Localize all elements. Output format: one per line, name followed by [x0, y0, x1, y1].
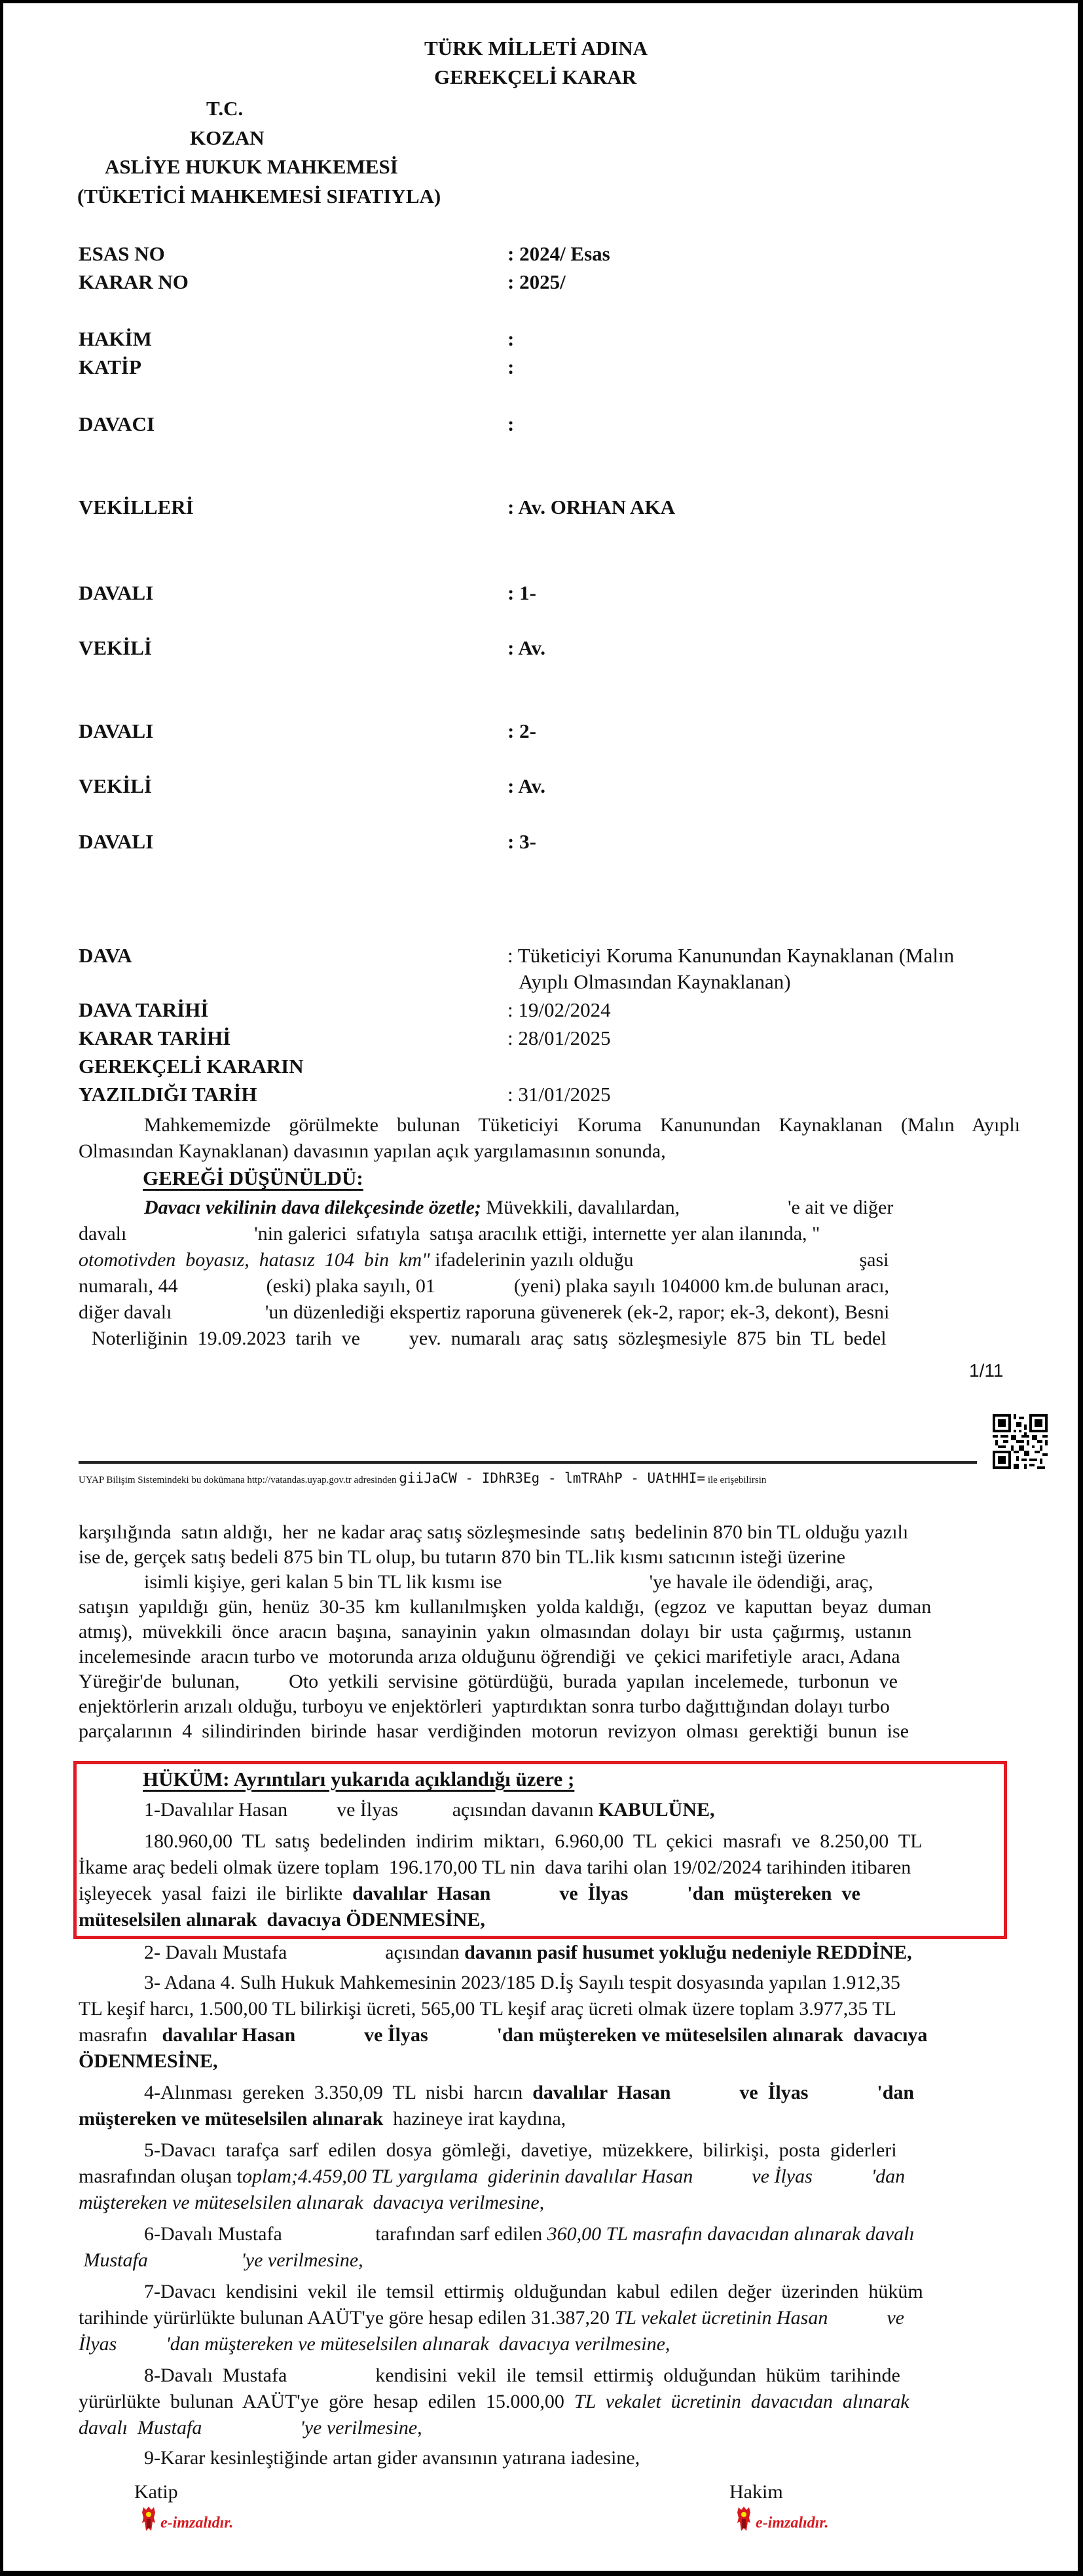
body-p1-line3-rest: ifadelerinin yazılı olduğu şasi	[430, 1249, 889, 1271]
ad-quote: otomotivden boyasız, hatasız 104 bin km"	[79, 1249, 430, 1271]
summary-lead: Davacı vekilinin dava dilekçesinde özetl…	[144, 1197, 481, 1218]
davali-1-value: : 1-	[507, 581, 536, 605]
esas-no-value: : 2024/ Esas	[507, 242, 610, 266]
katip-label: KATİP	[79, 355, 141, 379]
hukum-item-8-italic: TL vekalet ücretinin davacıdan alınarak	[574, 2391, 909, 2412]
body-p1-line1-rest: Müvekkili, davalılardan, 'e ait ve diğer	[481, 1197, 893, 1218]
hukum-item-7-italic: TL vekalet ücretinin Hasan ve	[615, 2307, 904, 2329]
dava-tarihi-value: : 19/02/2024	[507, 998, 611, 1022]
hukum-item-1-line4-text: işleyecek yasal faizi ile birlikte	[79, 1883, 352, 1904]
hukum-item-7-text: tarihinde yürürlükte bulunan AAÜT'ye gör…	[79, 2307, 615, 2329]
esas-no-label: ESAS NO	[79, 242, 165, 266]
vekili-2-label: VEKİLİ	[79, 774, 152, 798]
katip-signature-label: Katip	[134, 2481, 178, 2503]
dava-label: DAVA	[79, 944, 132, 968]
hukum-heading: HÜKÜM: Ayrıntıları yukarıda açıklandığı …	[143, 1768, 574, 1791]
body-p2-line: parçalarının 4 silindirinden birinde has…	[79, 1720, 1020, 1747]
hukum-item-5-line2-text: masrafından oluşan t	[79, 2166, 242, 2187]
hakim-signature-label: Hakim	[729, 2481, 783, 2503]
hukum-item-7-line3: İlyas 'dan müştereken ve müteselsilen al…	[79, 2333, 1020, 2359]
vekili-1-value: : Av.	[507, 636, 545, 660]
court-capacity: (TÜKETİCİ MAHKEMESİ SIFATIYLA)	[77, 185, 441, 208]
body-p1-line6: Noterliğinin 19.09.2023 tarih ve yev. nu…	[92, 1328, 1033, 1354]
geregi-dusunuldu-heading: GEREĞİ DÜŞÜNÜLDÜ:	[143, 1167, 363, 1190]
hukum-item-8-line1: 8-Davalı Mustafa kendisini vekil ile tem…	[79, 2365, 1020, 2391]
hukum-item-5-line2-italic: oplam;4.459,00 TL yargılama giderinin da…	[242, 2166, 905, 2187]
karar-no-value: : 2025/	[507, 270, 566, 294]
davali-2-label: DAVALI	[79, 719, 153, 743]
body-p1-line4: numaralı, 44 (eski) plaka sayılı, 01 (ye…	[79, 1275, 1020, 1301]
body-p1-line3: otomotivden boyasız, hatasız 104 bin km"…	[79, 1249, 1020, 1275]
hukum-item-4-defendants: davalılar Hasan ve İlyas 'dan	[532, 2082, 914, 2103]
body-p2-line: enjektörlerin arızalı olduğu, turboyu ve…	[79, 1696, 1020, 1722]
footer-suffix: ile erişebilirsin	[708, 1475, 767, 1485]
hukum-item-4-line2-text: hazineye irat kaydına,	[383, 2108, 566, 2130]
davali-1-label: DAVALI	[79, 581, 153, 605]
body-p2-line: incelemesinde aracın turbo ve motorunda …	[79, 1646, 1020, 1672]
hukum-item-6-line2: Mustafa 'ye verilmesine,	[79, 2249, 1020, 2276]
hukum-item-1-line5: müteselsilen alınarak davacıya ÖDENMESİN…	[79, 1909, 1020, 1935]
davali-3-label: DAVALI	[79, 830, 153, 854]
intro-line2: Olmasından Kaynaklanan) davasının yapıla…	[79, 1140, 1020, 1167]
hukum-item-3-line1: 3- Adana 4. Sulh Hukuk Mahkemesinin 2023…	[79, 1972, 1020, 1998]
karar-tarihi-value: : 28/01/2025	[507, 1026, 611, 1050]
body-p2-line: karşılığında satın aldığı, her ne kadar …	[79, 1521, 1020, 1548]
katip-value: :	[507, 355, 514, 379]
hukum-item-3-line3-text: masrafın	[79, 2024, 162, 2046]
body-p2-line: satışın yapıldığı gün, henüz 30-35 km ku…	[79, 1596, 1020, 1622]
document-access-code: giiJaCW - IDhR3Eg - lmTRAhP - UAtHHI=	[399, 1470, 705, 1486]
hukum-item-1: 1-Davalılar Hasan ve İlyas açısından dav…	[79, 1799, 1020, 1825]
hukum-item-5-line3: müştereken ve müteselsilen alınarak dava…	[79, 2192, 1020, 2218]
hukum-item-8-line3: davalı Mustafa 'ye verilmesine,	[79, 2417, 1020, 2443]
footer-divider	[79, 1461, 977, 1464]
hukum-item-7-line1: 7-Davacı kendisini vekil ile temsil etti…	[79, 2281, 1020, 2307]
document-title-line1: TÜRK MİLLETİ ADINA	[424, 37, 648, 60]
davali-3-value: : 3-	[507, 830, 536, 854]
body-p2-line: isimli kişiye, geri kalan 5 bin TL lik k…	[79, 1571, 1020, 1597]
esign-text: e-imzalıdır.	[756, 2514, 828, 2532]
hukum-item-6-text: 6-Davalı Mustafa tarafından sarf edilen	[144, 2223, 547, 2245]
hukum-item-2-text: 2- Davalı Mustafa açısından	[144, 1942, 464, 1963]
hukum-item-3-defendants: davalılar Hasan ve İlyas 'dan müştereken…	[162, 2024, 927, 2046]
uyap-footer: UYAP Bilişim Sistemindeki bu dokümana ht…	[79, 1470, 766, 1486]
esign-text: e-imzalıdır.	[160, 2514, 233, 2532]
hukum-item-9: 9-Karar kesinleştiğinde artan gider avan…	[79, 2447, 1020, 2473]
court-tc: T.C.	[206, 97, 243, 120]
hukum-item-1-defendants: davalılar Hasan ve İlyas 'dan müştereken…	[352, 1883, 860, 1904]
hukum-item-3-line3: masrafın davalılar Hasan ve İlyas 'dan m…	[79, 2024, 1020, 2050]
e-signature-seal-icon	[141, 2506, 156, 2532]
hukum-item-1-text: 1-Davalılar Hasan ve İlyas açısından dav…	[144, 1799, 598, 1821]
hukum-item-1-line3: İkame araç bedeli olmak üzere toplam 196…	[79, 1857, 1020, 1883]
hukum-item-2: 2- Davalı Mustafa açısından davanın pasi…	[79, 1942, 1020, 1968]
reddine-verdict: davanın pasif husumet yokluğu nedeniyle …	[464, 1942, 912, 1963]
intro-line1: Mahkememizde görülmekte bulunan Tüketici…	[79, 1114, 1020, 1140]
vekili-1-label: VEKİLİ	[79, 636, 152, 660]
court-city: KOZAN	[190, 126, 265, 150]
hukum-item-3-line4: ÖDENMESİNE,	[79, 2050, 1020, 2077]
hukum-item-5-line2: masrafından oluşan toplam;4.459,00 TL ya…	[79, 2166, 1020, 2192]
hakim-label: HAKİM	[79, 327, 152, 351]
body-p2-line: ise de, gerçek satış bedeli 875 bin TL o…	[79, 1546, 1020, 1572]
footer-prefix: UYAP Bilişim Sistemindeki bu dokümana ht…	[79, 1475, 397, 1485]
hukum-item-6-italic: 360,00 TL masrafın davacıdan alınarak da…	[547, 2223, 915, 2245]
hakim-value: :	[507, 327, 514, 351]
davaci-label: DAVACI	[79, 412, 155, 436]
karar-no-label: KARAR NO	[79, 270, 189, 294]
hukum-item-4-joint: müştereken ve müteselsilen alınarak	[79, 2108, 383, 2130]
dava-value-line1: : Tüketiciyi Koruma Kanunundan Kaynaklan…	[507, 944, 954, 968]
dava-tarihi-label: DAVA TARİHİ	[79, 998, 208, 1022]
hukum-item-4-line2: müştereken ve müteselsilen alınarak hazi…	[79, 2108, 1020, 2134]
katip-esignature: e-imzalıdır.	[141, 2506, 233, 2532]
gerekceli-label-line2: YAZILDIĞI TARİH	[79, 1083, 257, 1106]
hukum-item-8-line2: yürürlükte bulunan AAÜT'ye göre hesap ed…	[79, 2391, 1020, 2417]
hukum-item-8-text: yürürlükte bulunan AAÜT'ye göre hesap ed…	[79, 2391, 574, 2412]
hukum-item-6-line1: 6-Davalı Mustafa tarafından sarf edilen …	[79, 2223, 1020, 2249]
body-p1-line5: diğer davalı 'un düzenlediği ekspertiz r…	[79, 1301, 1020, 1328]
hukum-item-5-line1: 5-Davacı tarafça sarf edilen dosya gömle…	[79, 2139, 1020, 2166]
body-p1-line1: Davacı vekilinin dava dilekçesinde özetl…	[79, 1197, 1020, 1223]
hukum-item-3-line2: TL keşif harcı, 1.500,00 TL bilirkişi üc…	[79, 1998, 1020, 2024]
body-p1-line2: davalı 'nin galerici sıfatıyla satışa ar…	[79, 1223, 1020, 1249]
hukum-item-1-line4: işleyecek yasal faizi ile birlikte daval…	[79, 1883, 1020, 1909]
gerekceli-label-line1: GEREKÇELİ KARARIN	[79, 1055, 304, 1078]
kabulune-verdict: KABULÜNE,	[598, 1799, 715, 1821]
hukum-item-1-line2: 180.960,00 TL satış bedelinden indirim m…	[79, 1830, 1020, 1857]
court-name: ASLİYE HUKUK MAHKEMESİ	[105, 155, 398, 179]
vekilleri-value: : Av. ORHAN AKA	[507, 496, 675, 519]
yazildigi-tarih-value: : 31/01/2025	[507, 1083, 611, 1106]
qr-code-icon	[993, 1414, 1048, 1469]
hukum-item-4-line1: 4-Alınması gereken 3.350,09 TL nisbi har…	[79, 2082, 1020, 2108]
hukum-item-4-text: 4-Alınması gereken 3.350,09 TL nisbi har…	[144, 2082, 532, 2103]
hakim-esignature: e-imzalıdır.	[736, 2506, 828, 2532]
dava-value-line2: Ayıplı Olmasından Kaynaklanan)	[519, 970, 791, 994]
hukum-item-7-line2: tarihinde yürürlükte bulunan AAÜT'ye gör…	[79, 2307, 1020, 2333]
vekili-2-value: : Av.	[507, 774, 545, 798]
body-p2-line: atmış), müvekkili önce aracın başına, sa…	[79, 1621, 1020, 1647]
karar-tarihi-label: KARAR TARİHİ	[79, 1026, 230, 1050]
body-p2-line: Yüreğir'de bulunan, Oto yetkili servisin…	[79, 1671, 1020, 1697]
e-signature-seal-icon	[736, 2506, 752, 2532]
davali-2-value: : 2-	[507, 719, 536, 743]
davaci-value: :	[507, 412, 514, 436]
document-title-line2: GEREKÇELİ KARAR	[434, 65, 636, 89]
page-number: 1/11	[969, 1360, 1003, 1381]
vekilleri-label: VEKİLLERİ	[79, 496, 194, 519]
